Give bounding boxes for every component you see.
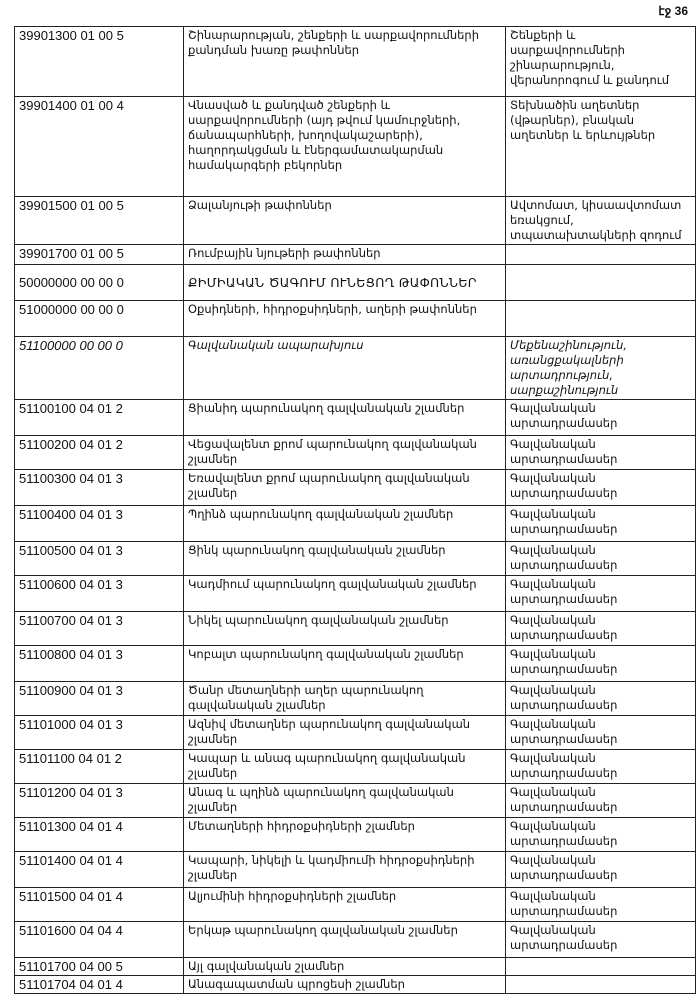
code-cell: 39901400 01 00 4	[15, 97, 184, 197]
note-cell	[506, 301, 696, 337]
table-row: 51100600 04 01 3Կադմիում պարունակող գալվ…	[15, 576, 696, 612]
code-cell: 51101300 04 01 4	[15, 818, 184, 852]
code-cell: 51100500 04 01 3	[15, 542, 184, 576]
code-cell: 51100400 04 01 3	[15, 506, 184, 542]
table-row: 51101700 04 00 5Այլ գալվանական շլամներ	[15, 958, 696, 976]
code-cell: 51100700 04 01 3	[15, 612, 184, 646]
table-row: 51101400 04 01 4Կապարի, նիկելի և կադմիու…	[15, 852, 696, 888]
code-cell: 51100900 04 01 3	[15, 682, 184, 716]
name-cell: Գալվանական ապարախյուս	[184, 337, 506, 400]
name-cell: Երկաթ պարունակող գալվանական շլամներ	[184, 922, 506, 958]
name-cell: Վնասված և քանդված շենքերի և սարքավորումն…	[184, 97, 506, 197]
note-cell: Գալվանական արտադրամասեր	[506, 888, 696, 922]
table-row: 51101100 04 01 2Կապար և անագ պարունակող …	[15, 750, 696, 784]
note-cell: Շենքերի և սարքավորումների շինարարություն…	[506, 27, 696, 97]
code-cell: 51101500 04 01 4	[15, 888, 184, 922]
note-cell: Գալվանական արտադրամասեր	[506, 576, 696, 612]
table-row: 51101000 04 01 3Ազնիվ մետաղներ պարունակո…	[15, 716, 696, 750]
code-cell: 51100000 00 00 0	[15, 337, 184, 400]
code-cell: 51100200 04 01 2	[15, 436, 184, 470]
table-row: 50000000 00 00 0ՔԻՄԻԱԿԱՆ ԾԱԳՈՒՄ ՈՒՆԵՑՈՂ …	[15, 265, 696, 301]
code-cell: 51101704 04 01 4	[15, 976, 184, 994]
table-row: 39901300 01 00 5Շինարարության, շենքերի և…	[15, 27, 696, 97]
table-row: 51100200 04 01 2Վեցավալենտ քրոմ պարունակ…	[15, 436, 696, 470]
table-row: 39901500 01 00 5Ձալանյութի թափոններԱվտոմ…	[15, 197, 696, 245]
name-cell: Անագ և պղինձ պարունակող գալվանական շլամն…	[184, 784, 506, 818]
name-cell: Վեցավալենտ քրոմ պարունակող գալվանական շլ…	[184, 436, 506, 470]
table-row: 51101500 04 01 4Ալյումինի հիդրօքսիդների …	[15, 888, 696, 922]
note-cell	[506, 245, 696, 265]
note-cell	[506, 958, 696, 976]
table-row: 51101704 04 01 4Անագապատման պրոցեսի շլամ…	[15, 976, 696, 994]
table-row: 51101600 04 04 4Երկաթ պարունակող գալվանա…	[15, 922, 696, 958]
name-cell: Շինարարության, շենքերի և սարքավորումների…	[184, 27, 506, 97]
name-cell: Անագապատման պրոցեսի շլամներ	[184, 976, 506, 994]
code-cell: 51101400 04 01 4	[15, 852, 184, 888]
table-row: 39901400 01 00 4Վնասված և քանդված շենքեր…	[15, 97, 696, 197]
code-cell: 51101200 04 01 3	[15, 784, 184, 818]
code-cell: 51101100 04 01 2	[15, 750, 184, 784]
table-row: 39901700 01 00 5Ռումբային նյութերի թափոն…	[15, 245, 696, 265]
note-cell: Գալվանական արտադրամասեր	[506, 852, 696, 888]
name-cell: Ռումբային նյութերի թափոններ	[184, 245, 506, 265]
code-cell: 51000000 00 00 0	[15, 301, 184, 337]
name-cell: Մետաղների հիդրօքսիդների շլամներ	[184, 818, 506, 852]
table-row: 51101300 04 01 4Մետաղների հիդրօքսիդների …	[15, 818, 696, 852]
note-cell: Գալվանական արտադրամասեր	[506, 716, 696, 750]
code-cell: 51101000 04 01 3	[15, 716, 184, 750]
note-cell: Տեխնածին աղետներ (վթարներ), բնական աղետն…	[506, 97, 696, 197]
table-row: 51100300 04 01 3Եռավալենտ քրոմ պարունակո…	[15, 470, 696, 506]
code-cell: 51100300 04 01 3	[15, 470, 184, 506]
table-row: 51100500 04 01 3Ցինկ պարունակող գալվանակ…	[15, 542, 696, 576]
name-cell: Պղինձ պարունակող գալվանական շլամներ	[184, 506, 506, 542]
note-cell	[506, 265, 696, 301]
table-row: 51100000 00 00 0Գալվանական ապարախյուսՄեք…	[15, 337, 696, 400]
table-row: 51100400 04 01 3Պղինձ պարունակող գալվանա…	[15, 506, 696, 542]
code-cell: 39901300 01 00 5	[15, 27, 184, 97]
code-cell: 51101600 04 04 4	[15, 922, 184, 958]
name-cell: Ցինկ պարունակող գալվանական շլամներ	[184, 542, 506, 576]
table-row: 51100100 04 01 2Ցիանիդ պարունակող գալվան…	[15, 400, 696, 436]
note-cell: Գալվանական արտադրամասեր	[506, 646, 696, 682]
name-cell: Կադմիում պարունակող գալվանական շլամներ	[184, 576, 506, 612]
table-row: 51101200 04 01 3Անագ և պղինձ պարունակող …	[15, 784, 696, 818]
note-cell: Գալվանական արտադրամասեր	[506, 506, 696, 542]
name-cell: Ազնիվ մետաղներ պարունակող գալվանական շլա…	[184, 716, 506, 750]
table-body: 39901300 01 00 5Շինարարության, շենքերի և…	[15, 27, 696, 994]
name-cell: ՔԻՄԻԱԿԱՆ ԾԱԳՈՒՄ ՈՒՆԵՑՈՂ ԹԱՓՈՆՆԵՐ	[184, 265, 506, 301]
name-cell: Նիկել պարունակող գալվանական շլամներ	[184, 612, 506, 646]
page-number-label: էջ 36	[658, 4, 688, 18]
table-row: 51100800 04 01 3Կոբալտ պարունակող գալվան…	[15, 646, 696, 682]
code-cell: 39901700 01 00 5	[15, 245, 184, 265]
name-cell: Կապարի, նիկելի և կադմիումի հիդրօքսիդների…	[184, 852, 506, 888]
name-cell: Կոբալտ պարունակող գալվանական շլամներ	[184, 646, 506, 682]
note-cell: Գալվանական արտադրամասեր	[506, 612, 696, 646]
name-cell: Ձալանյութի թափոններ	[184, 197, 506, 245]
name-cell: Ցիանիդ պարունակող գալվանական շլամներ	[184, 400, 506, 436]
note-cell: Գալվանական արտադրամասեր	[506, 470, 696, 506]
code-cell: 51101700 04 00 5	[15, 958, 184, 976]
note-cell: Մեքենաշինություն, առանցքակալների արտադրո…	[506, 337, 696, 400]
code-cell: 51100100 04 01 2	[15, 400, 184, 436]
code-cell: 51100800 04 01 3	[15, 646, 184, 682]
note-cell: Գալվանական արտադրամասեր	[506, 400, 696, 436]
note-cell: Ավտոմատ, կիսաավտոմատ եռակցում, տպատախտակ…	[506, 197, 696, 245]
name-cell: Օքսիդների, հիդրօքսիդների, աղերի թափոններ	[184, 301, 506, 337]
name-cell: Կապար և անագ պարունակող գալվանական շլամն…	[184, 750, 506, 784]
note-cell: Գալվանական արտադրամասեր	[506, 682, 696, 716]
note-cell: Գալվանական արտադրամասեր	[506, 542, 696, 576]
note-cell: Գալվանական արտադրամասեր	[506, 436, 696, 470]
waste-classification-table: 39901300 01 00 5Շինարարության, շենքերի և…	[14, 26, 696, 994]
name-cell: Եռավալենտ քրոմ պարունակող գալվանական շլա…	[184, 470, 506, 506]
note-cell	[506, 976, 696, 994]
note-cell: Գալվանական արտադրամասեր	[506, 922, 696, 958]
code-cell: 51100600 04 01 3	[15, 576, 184, 612]
table-row: 51100700 04 01 3Նիկել պարունակող գալվանա…	[15, 612, 696, 646]
note-cell: Գալվանական արտադրամասեր	[506, 750, 696, 784]
table-row: 51000000 00 00 0Օքսիդների, հիդրօքսիդների…	[15, 301, 696, 337]
name-cell: Ծանր մետաղների աղեր պարունակող գալվանակա…	[184, 682, 506, 716]
name-cell: Ալյումինի հիդրօքսիդների շլամներ	[184, 888, 506, 922]
table-row: 51100900 04 01 3Ծանր մետաղների աղեր պարո…	[15, 682, 696, 716]
code-cell: 50000000 00 00 0	[15, 265, 184, 301]
note-cell: Գալվանական արտադրամասեր	[506, 818, 696, 852]
code-cell: 39901500 01 00 5	[15, 197, 184, 245]
note-cell: Գալվանական արտադրամասեր	[506, 784, 696, 818]
name-cell: Այլ գալվանական շլամներ	[184, 958, 506, 976]
